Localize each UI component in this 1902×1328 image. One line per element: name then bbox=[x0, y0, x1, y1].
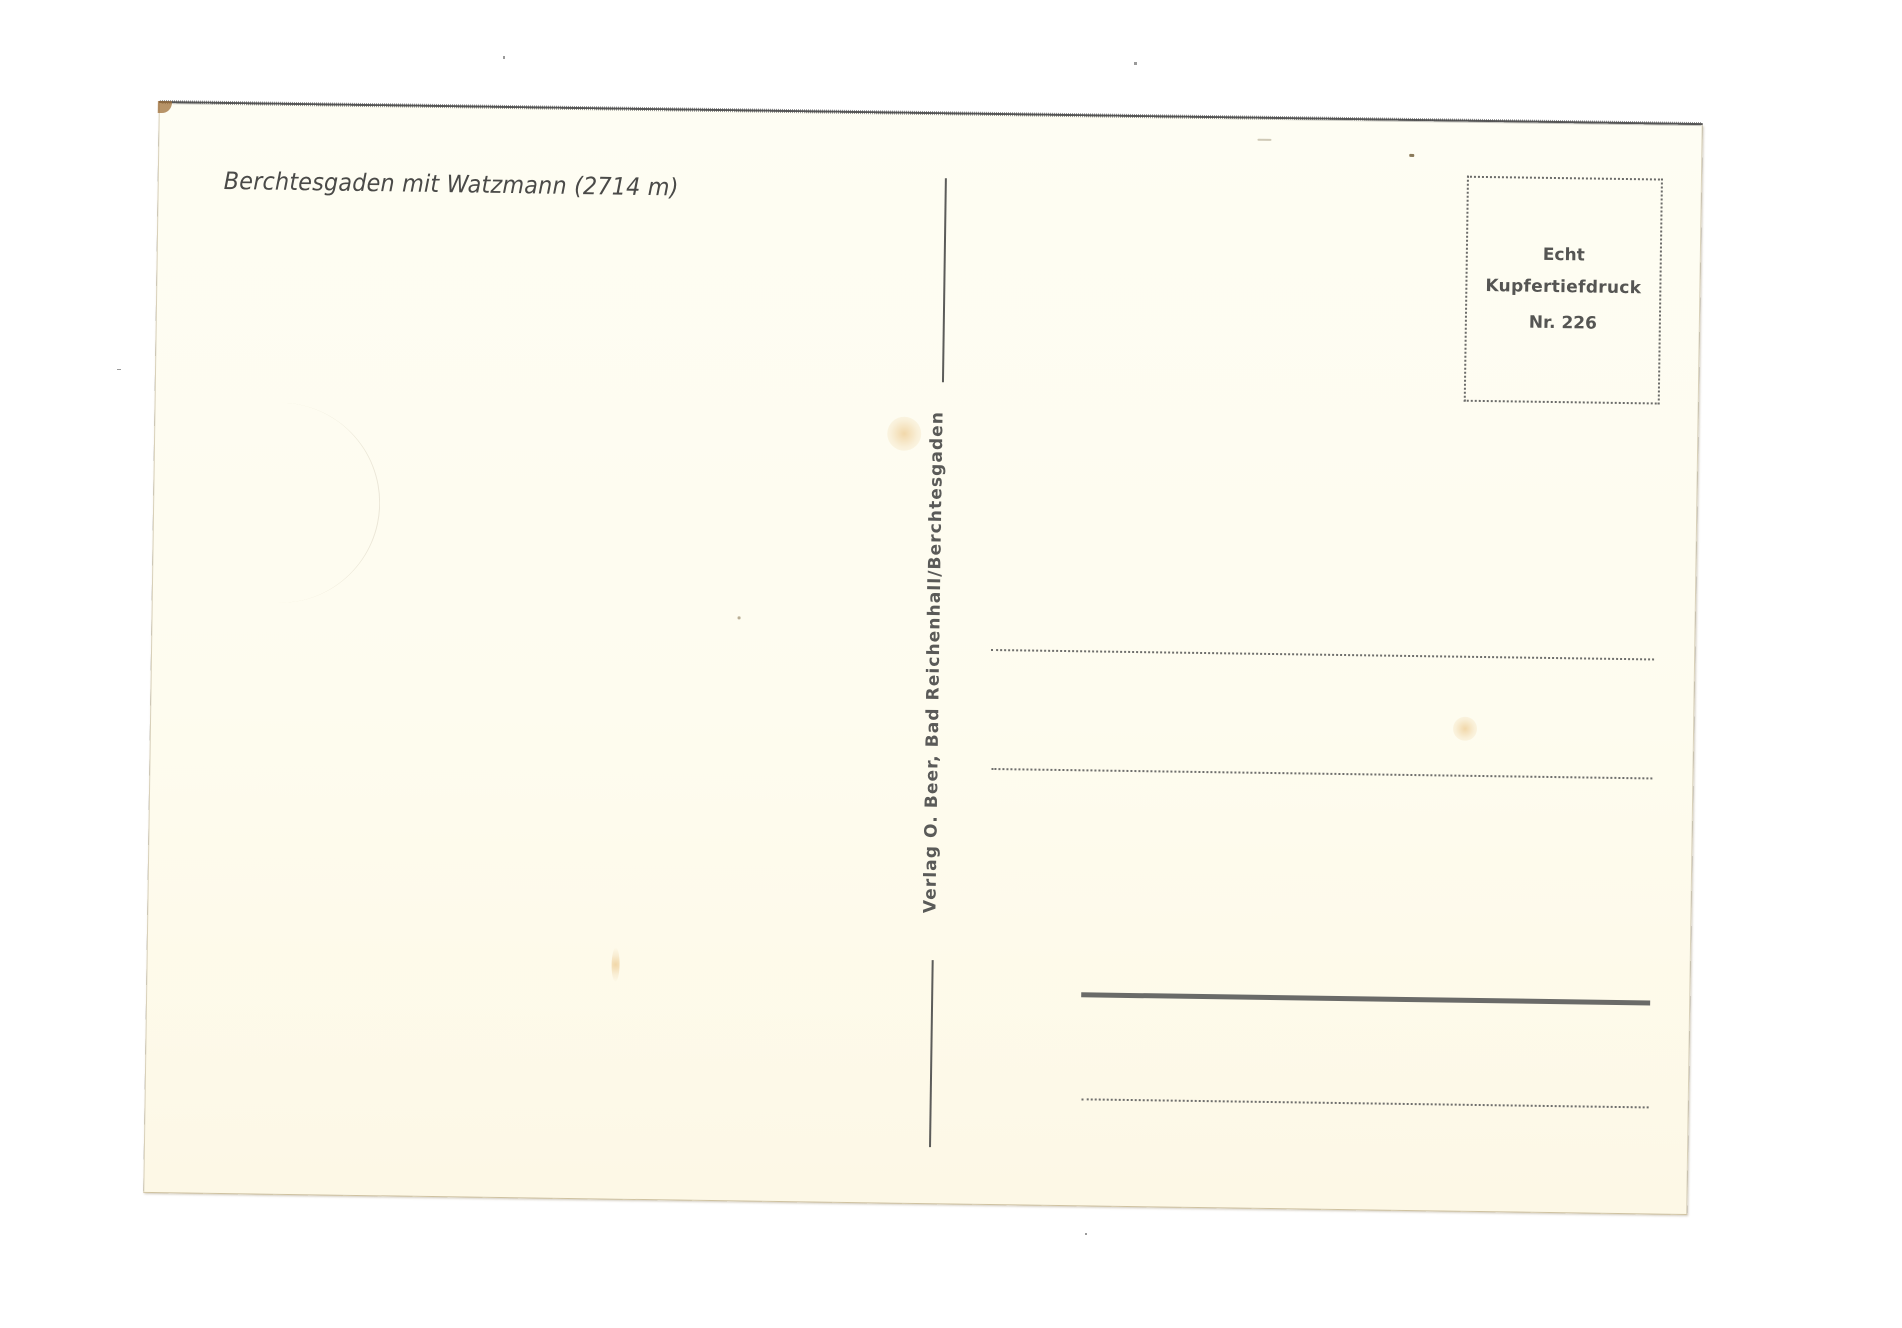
background-speck bbox=[117, 369, 121, 370]
stamp-box-line-1: Echt bbox=[1468, 244, 1660, 267]
publisher-imprint: Verlag O. Beer, Bad Reichenhall/Berchtes… bbox=[920, 411, 947, 913]
postcard: Berchtesgaden mit Watzmann (2714 m) Verl… bbox=[143, 103, 1702, 1215]
background-speck bbox=[503, 56, 505, 59]
foxing-stain bbox=[1453, 717, 1477, 741]
corner-stain bbox=[158, 101, 172, 113]
center-divider-upper bbox=[942, 178, 947, 382]
ink-speck bbox=[1257, 139, 1271, 141]
ink-speck bbox=[1409, 154, 1414, 157]
address-line-1 bbox=[991, 649, 1654, 660]
stamp-box-line-3: Nr. 226 bbox=[1467, 312, 1659, 335]
paper-crease bbox=[238, 402, 382, 604]
center-divider-lower bbox=[929, 960, 934, 1147]
stamp-box-line-2: Kupfertiefdruck bbox=[1467, 276, 1659, 299]
stamp-box: Echt Kupfertiefdruck Nr. 226 bbox=[1464, 176, 1663, 405]
postcard-caption: Berchtesgaden mit Watzmann (2714 m) bbox=[224, 167, 679, 202]
foxing-stain bbox=[887, 416, 921, 450]
ink-speck bbox=[738, 616, 741, 619]
background-speck bbox=[1085, 1233, 1087, 1235]
address-line-4 bbox=[1082, 1098, 1649, 1108]
address-line-3-solid bbox=[1081, 992, 1650, 1005]
foxing-stain bbox=[611, 948, 619, 982]
background-speck bbox=[1134, 62, 1137, 65]
address-line-2 bbox=[991, 768, 1652, 779]
